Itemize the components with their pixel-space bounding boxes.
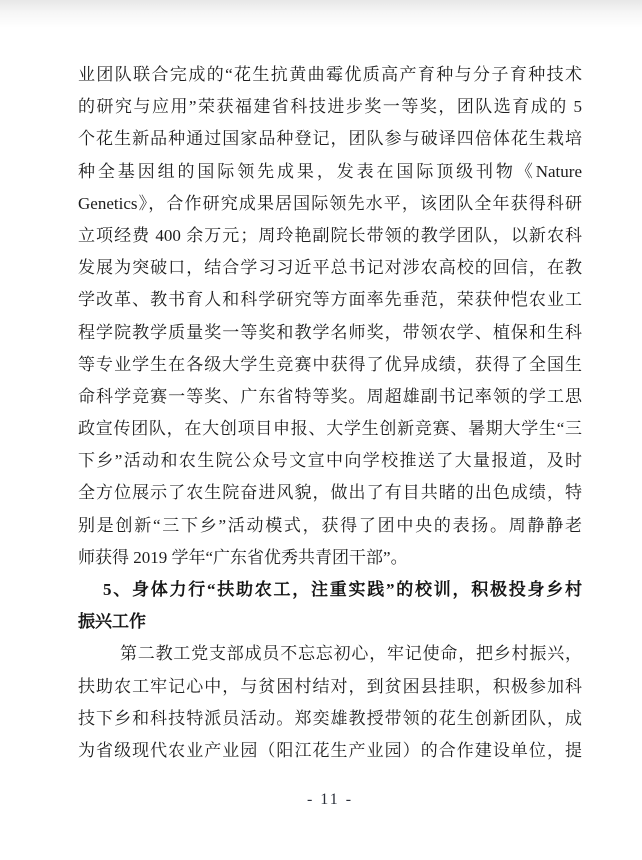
text-line: 师获得 2019 学年“广东省优秀共青团干部”。 xyxy=(78,542,582,574)
text-line: 技下乡和科技特派员活动。郑奕雄教授带领的花生创新团队，成 xyxy=(78,703,582,735)
paragraph: 业团队联合完成的“花生抗黄曲霉优质高产育种与分子育种技术的研究与应用”荣获福建省… xyxy=(78,59,582,574)
text-line: 下乡”活动和农生院公众号文宣中向学校推送了大量报道，及时 xyxy=(78,445,582,477)
text-line: 第二教工党支部成员不忘忘初心，牢记使命，把乡村振兴， xyxy=(78,638,582,670)
text-line: 命科学竞赛一等奖、广东省特等奖。周超雄副书记率领的学工思 xyxy=(78,381,582,413)
text-line: 全方位展示了农生院奋进风貌，做出了有目共睹的出色成绩，特 xyxy=(78,477,582,509)
page-top-shading xyxy=(0,0,642,28)
text-line: 个花生新品种通过国家品种登记，团队参与破译四倍体花生栽培 xyxy=(78,123,582,155)
text-line: 扶助农工牢记心中，与贫困村结对，到贫困县挂职，积极参加科 xyxy=(78,671,582,703)
text-block: 业团队联合完成的“花生抗黄曲霉优质高产育种与分子育种技术的研究与应用”荣获福建省… xyxy=(78,59,582,767)
text-line: 的研究与应用”荣获福建省科技进步奖一等奖，团队选育成的 5 xyxy=(78,91,582,123)
page-number: - 11 - xyxy=(307,791,353,808)
text-line: 5、身体力行“扶助农工，注重实践”的校训，积极投身乡村 xyxy=(78,574,582,606)
paragraph: 第二教工党支部成员不忘忘初心，牢记使命，把乡村振兴，扶助农工牢记心中，与贫困村结… xyxy=(78,638,582,767)
section-heading: 5、身体力行“扶助农工，注重实践”的校训，积极投身乡村振兴工作 xyxy=(78,574,582,638)
text-line: 别是创新“三下乡”活动模式，获得了团中央的表扬。周静静老 xyxy=(78,510,582,542)
text-line: 为省级现代农业产业园（阳江花生产业园）的合作建设单位，提 xyxy=(78,735,582,767)
text-line: 业团队联合完成的“花生抗黄曲霉优质高产育种与分子育种技术 xyxy=(78,59,582,91)
text-line: 振兴工作 xyxy=(78,606,582,638)
text-line: 政宣传团队，在大创项目申报、大学生创新竞赛、暑期大学生“三 xyxy=(78,413,582,445)
text-line: 发展为突破口，结合学习习近平总书记对涉农高校的回信，在教 xyxy=(78,252,582,284)
text-line: 学改革、教书育人和科学研究等方面率先垂范，荣获仲恺农业工 xyxy=(78,284,582,316)
document-page: 业团队联合完成的“花生抗黄曲霉优质高产育种与分子育种技术的研究与应用”荣获福建省… xyxy=(0,0,642,860)
text-line: 程学院教学质量奖一等奖和教学名师奖，带领农学、植保和生科 xyxy=(78,317,582,349)
text-line: Genetics》，合作研究成果居国际领先水平，该团队全年获得科研 xyxy=(78,188,582,220)
text-line: 等专业学生在各级大学生竞赛中获得了优异成绩，获得了全国生 xyxy=(78,349,582,381)
text-line: 种全基因组的国际领先成果，发表在国际顶级刊物《Nature xyxy=(78,156,582,188)
page-footer: - 11 - xyxy=(78,787,582,813)
text-line: 立项经费 400 余万元；周玲艳副院长带领的教学团队，以新农科 xyxy=(78,220,582,252)
